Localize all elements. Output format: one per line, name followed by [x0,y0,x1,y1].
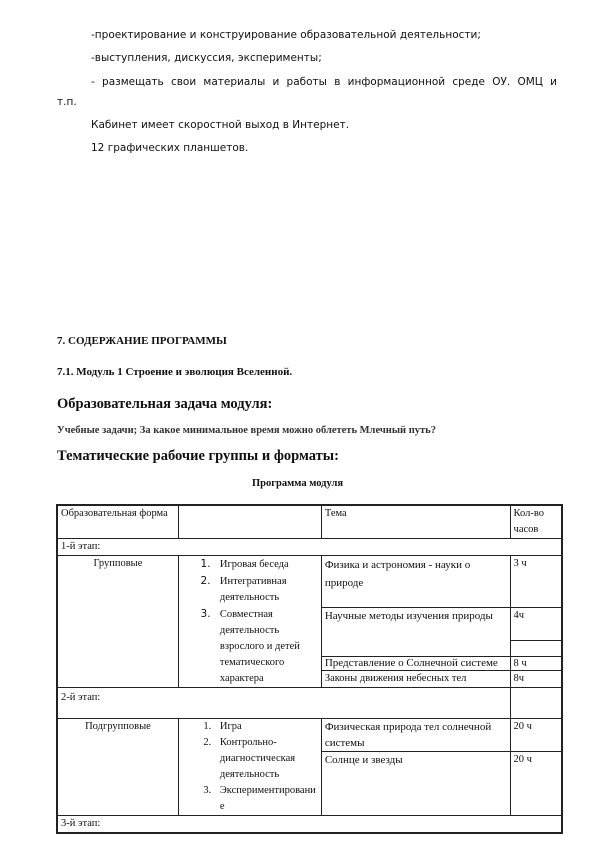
methods-list: Игра Контрольно-диагностическая деятельн… [182,719,318,815]
section-title: 7. СОДЕРЖАНИЕ ПРОГРАММЫ [57,335,227,347]
hours-cell: 20 ч [510,752,562,816]
bullet-continuation: т.п. [57,96,77,108]
header-topic: Тема [321,505,510,539]
module-title: 7.1. Модуль 1 Строение и эволюция Вселен… [57,366,292,378]
edu-task-heading: Образовательная задача модуля: [57,396,272,413]
header-hours: Кол-во часов [510,505,562,539]
topic-cell: Физика и астрономия - науки о природе [321,556,510,608]
learning-tasks: Учебные задачи; За какое минимальное вре… [57,425,436,436]
bullet-presentations: -выступления, дискуссия, эксперименты; [91,52,322,64]
table-row: Групповые Игровая беседа Интегративная д… [57,556,562,608]
internet-note: Кабинет имеет скоростной выход в Интерне… [91,119,349,131]
table-caption: Программа модуля [0,478,595,489]
hours-cell-empty [510,641,562,657]
form-cell: Подгрупповые [57,719,178,816]
table-header-row: Образовательная форма Тема Кол-во часов [57,505,562,539]
hours-cell: 4ч [510,608,562,641]
stage-row: 2-й этап: [57,688,562,719]
stage-hours-empty [510,688,562,719]
method-item: Игровая беседа [214,556,318,573]
topic-cell: Физическая природа тел солнечной системы [321,719,510,752]
groups-heading: Тематические рабочие группы и форматы: [57,448,339,465]
topic-cell: Представление о Солнечной системе [321,657,510,671]
method-item: Экспериментировани е [214,783,318,815]
header-methods [178,505,321,539]
bullet-design: -проектирование и конструирование образо… [91,29,481,41]
form-cell: Групповые [57,556,178,688]
hours-cell: 20 ч [510,719,562,752]
method-item: Контрольно-диагностическая деятельность [214,735,318,783]
hours-cell: 8ч [510,671,562,688]
methods-list: Игровая беседа Интегративная деятельност… [182,556,318,687]
method-item: Интегративная деятельность [214,573,318,606]
tablets-note: 12 графических планшетов. [91,142,248,154]
stage-label: 2-й этап: [57,688,510,719]
topic-cell: Солнце и звезды [321,752,510,816]
method-item: Игра [214,719,318,735]
stage-label: 1-й этап: [57,539,562,556]
topic-cell: Научные методы изучения природы [321,608,510,657]
table-row: Подгрупповые Игра Контрольно-диагностиче… [57,719,562,752]
program-table: Образовательная форма Тема Кол-во часов … [56,504,563,834]
bullet-materials: - размещать свои материалы и работы в ин… [91,76,557,88]
stage-row: 1-й этап: [57,539,562,556]
hours-cell: 8 ч [510,657,562,671]
methods-cell: Игра Контрольно-диагностическая деятельн… [178,719,321,816]
method-item: Совместная деятельность взрослого и дете… [214,606,318,687]
stage-label: 3-й этап: [57,816,562,834]
hours-cell: 3 ч [510,556,562,608]
header-form: Образовательная форма [57,505,178,539]
methods-cell: Игровая беседа Интегративная деятельност… [178,556,321,688]
topic-cell: Законы движения небесных тел [321,671,510,688]
stage-row: 3-й этап: [57,816,562,834]
